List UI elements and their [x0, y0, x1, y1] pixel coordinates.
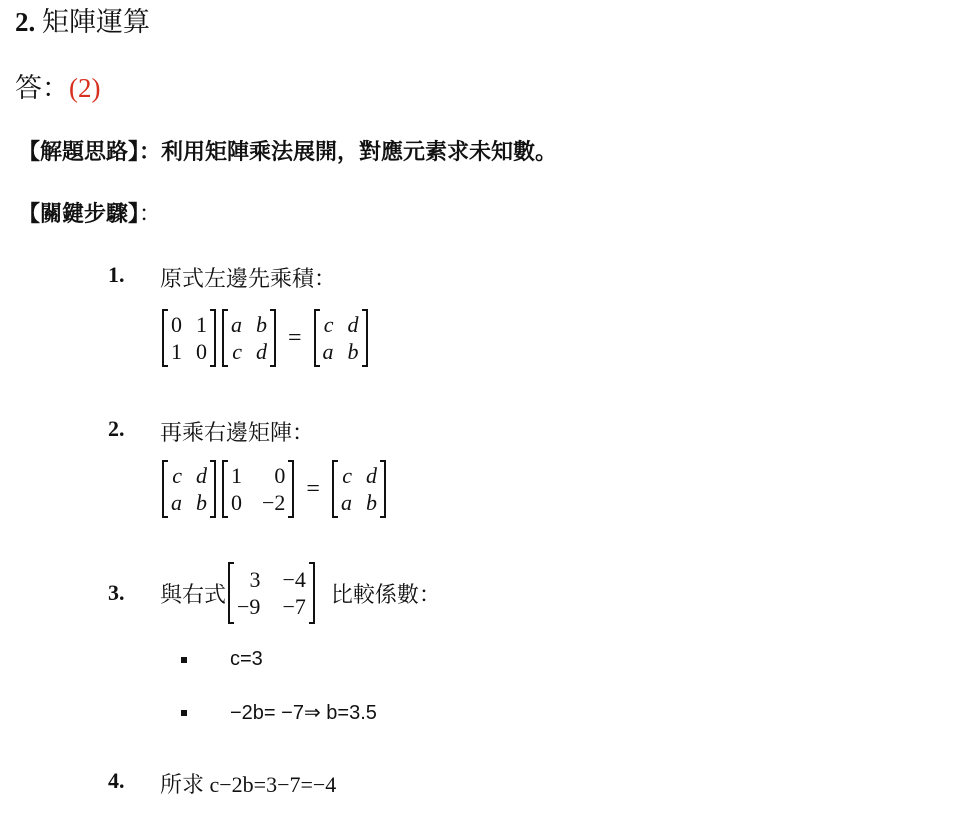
problem-number: 2. — [15, 7, 35, 37]
bullet-text: c=3 — [230, 648, 263, 671]
answer-line: 答：(2) — [15, 70, 100, 106]
problem-title-text: 矩陣運算 — [42, 7, 150, 37]
key-steps-label: 【關鍵步驟】 — [18, 201, 139, 226]
matrix: 01 10 — [162, 309, 216, 367]
key-steps-colon: ： — [139, 201, 161, 226]
step-number: 2. — [108, 416, 125, 441]
bullet-icon — [181, 710, 187, 716]
key-steps-heading: 【關鍵步驟】： — [18, 198, 161, 230]
step-1-equation: 01 10 ab cd = cd ab — [162, 309, 368, 367]
matrix: cd ab — [314, 309, 368, 367]
step-text: 所求 c−2b=3−7=−4 — [160, 768, 336, 799]
step-3-content: 與右式 3−4 −9−7 比較係數： — [160, 562, 441, 624]
problem-title: 2. 矩陣運算 — [15, 4, 150, 40]
step-2: 2. 再乘右邊矩陣： — [108, 416, 125, 442]
step-number: 1. — [108, 262, 125, 287]
answer-label: 答： — [15, 73, 69, 103]
matrix: 3−4 −9−7 — [228, 562, 315, 624]
list-item: c=3 — [181, 648, 263, 671]
bullet-icon — [181, 657, 187, 663]
matrix: 10 0−2 — [222, 460, 294, 518]
step-number: 4. — [108, 768, 125, 793]
step-text-before: 與右式 — [160, 578, 226, 609]
step-text-after: 比較係數： — [331, 578, 441, 609]
step-number: 3. — [108, 580, 125, 605]
matrix: cd ab — [162, 460, 216, 518]
step-1: 1. 原式左邊先乘積： — [108, 262, 125, 288]
matrix: cd ab — [332, 460, 386, 518]
step-4: 4. 所求 c−2b=3−7=−4 — [108, 768, 125, 794]
solution-approach-label: 【解題思路】 — [18, 139, 139, 164]
equals-sign: = — [288, 325, 302, 352]
answer-value: (2) — [69, 73, 100, 103]
matrix: ab cd — [222, 309, 276, 367]
step-text: 再乘右邊矩陣： — [160, 416, 314, 447]
solution-approach: 【解題思路】：利用矩陣乘法展開，對應元素求未知數。 — [18, 136, 557, 168]
equals-sign: = — [306, 476, 320, 503]
step-3: 3. — [108, 580, 125, 606]
bullet-text: −2b= −7⇒ b=3.5 — [230, 700, 377, 725]
step-text: 原式左邊先乘積： — [160, 262, 336, 293]
step-2-equation: cd ab 10 0−2 = cd ab — [162, 460, 386, 518]
list-item: −2b= −7⇒ b=3.5 — [181, 700, 377, 725]
solution-approach-text: ：利用矩陣乘法展開，對應元素求未知數。 — [139, 139, 557, 164]
